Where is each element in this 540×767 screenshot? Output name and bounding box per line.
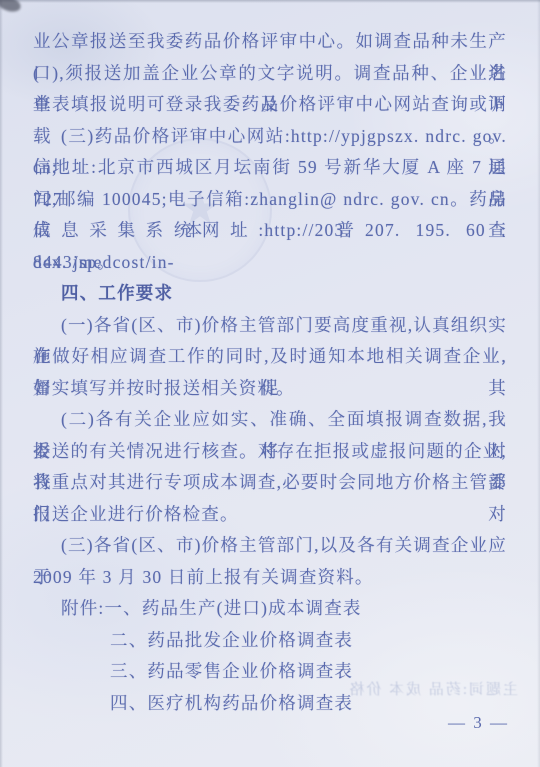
document-body: 业公章报送至我委药品价格评审中心。如调查品种未生产(进 口),须报送加盖企业公章… [33, 26, 507, 719]
attachment-line: 四、医疗机构药品价格调查表 [33, 688, 507, 720]
scan-edge-shadow-left [0, 0, 3, 767]
page-number: — 3 — [448, 711, 509, 735]
body-line-deadline: 2009 年 3 月 30 日前上报有关调查资料。 [33, 562, 507, 594]
body-line-postal-address: 信地址:北京市西城区月坛南街 59 号新华大厦 A 座 7 层 727 房 [33, 152, 507, 184]
body-line-item-three: (三)各省(区、市)价格主管部门,以及各有关调查企业应于 [33, 530, 507, 562]
body-line-url-continuation: dex. jsp。 [33, 247, 507, 279]
body-line-item-one: (一)各省(区、市)价格主管部门要高度重视,认真组织实施, [33, 310, 507, 342]
body-line-item-two: (二)各有关企业应如实、准确、全面填报调查数据,我委将对 [33, 404, 507, 436]
attachments-label-line: 附件:一、药品生产(进口)成本调查表 [33, 593, 507, 625]
scan-corner-artifact [0, 0, 22, 14]
body-line: 报送的有关情况进行核查。对存在拒报或虚报问题的企业,我委 [33, 436, 507, 468]
attachment-line: 三、药品零售企业价格调查表 [33, 656, 507, 688]
body-line: 在做好相应调查工作的同时,及时通知本地相关调查企业,督促其 [33, 341, 507, 373]
scan-edge-shadow-top [0, 0, 540, 3]
section-heading-work-requirements: 四、工作要求 [33, 278, 507, 310]
body-line: 查表填报说明可登录我委药品价格评审中心网站查询或下载。 [33, 89, 507, 121]
scanned-document-page: ★ 主题词:药品 成本 价格 业公章报送至我委药品价格评审中心。如调查品种未生产… [0, 0, 540, 767]
body-line: 口),须报送加盖企业公章的文字说明。调查品种、企业名单及调 [33, 58, 507, 90]
body-line: 将重点对其进行专项成本调查,必要时会同地方价格主管部门对 [33, 467, 507, 499]
body-line-email-info: 间,邮编 100045;电子信箱:zhanglin@ ndrc. gov. cn… [33, 184, 507, 216]
attachment-line: 二、药品批发企业价格调查表 [33, 625, 507, 657]
body-line-system-url: 信息采集系统网址:http://203. 207. 195. 60 : 8443… [33, 215, 507, 247]
body-line: 业公章报送至我委药品价格评审中心。如调查品种未生产(进 [33, 26, 507, 58]
body-line-website-info: (三)药品价格评审中心网站:http://ypjgpszx. ndrc. gov… [33, 121, 507, 153]
